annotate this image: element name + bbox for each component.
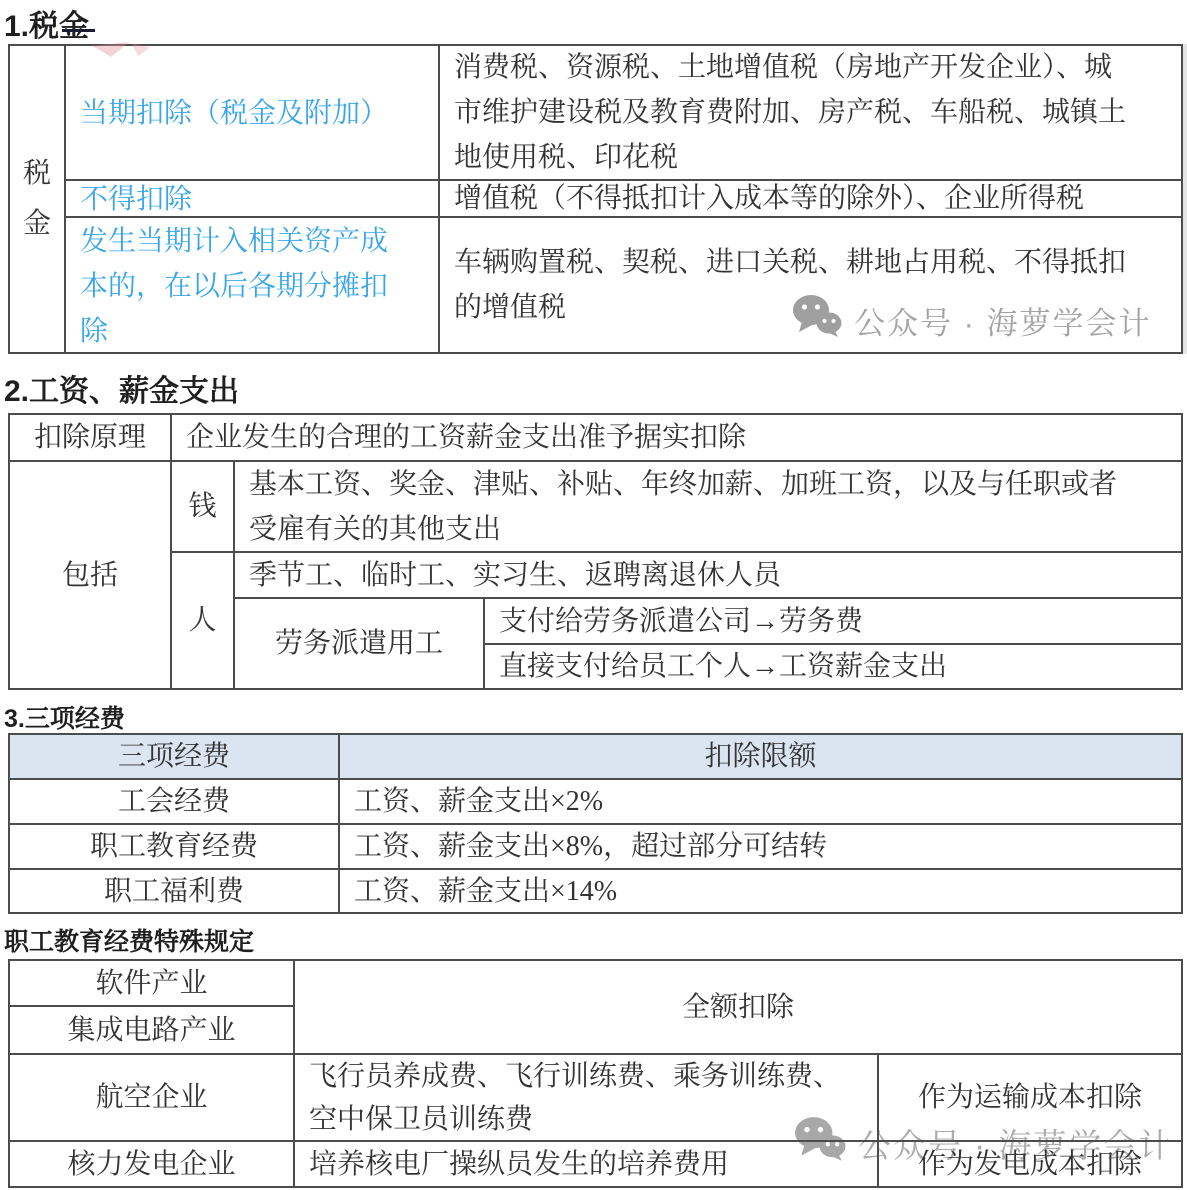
salary-principle-label: 扣除原理	[10, 415, 172, 462]
underline-mark	[62, 29, 95, 32]
funds-row-limit: 工资、薪金支出×14%	[340, 870, 1183, 914]
special-integrated-circuit: 集成电路产业	[10, 1007, 295, 1055]
salary-table: 扣除原理 企业发生的合理的工资薪金支出准予据实扣除 包括 钱 基本工资、奖金、津…	[8, 413, 1183, 690]
tax-table-rowhead: 税金	[10, 46, 66, 354]
funds-header-limit: 扣除限额	[340, 735, 1183, 780]
salary-include-label: 包括	[10, 462, 172, 690]
special-aviation-content: 飞行员养成费、飞行训练费、乘务训练费、空中保卫员训练费	[295, 1055, 879, 1142]
funds-row-name: 职工福利费	[10, 870, 340, 914]
salary-money-content: 基本工资、奖金、津贴、补贴、年终加薪、加班工资，以及与任职或者受雇有关的其他支出	[235, 462, 1183, 553]
special-aviation: 航空企业	[10, 1055, 295, 1142]
special-nuclear-content: 培养核电厂操纵员发生的培养费用	[295, 1142, 879, 1188]
section-heading-salary: 2.工资、薪金支出	[4, 366, 239, 410]
special-software: 软件产业	[10, 961, 295, 1007]
tax-row-label: 当期扣除（税金及附加）	[66, 46, 440, 181]
special-nuclear-result: 作为发电成本扣除	[879, 1142, 1183, 1188]
section-heading-funds: 3.三项经费	[4, 699, 125, 735]
special-nuclear: 核力发电企业	[10, 1142, 295, 1188]
tax-row-label: 不得扣除	[66, 181, 440, 218]
salary-people-label: 人	[172, 553, 235, 690]
salary-dispatch-label: 劳务派遣用工	[235, 599, 485, 690]
section-heading-special: 职工教育经费特殊规定	[4, 922, 254, 958]
funds-table: 三项经费 扣除限额 工会经费 工资、薪金支出×2% 职工教育经费 工资、薪金支出…	[8, 733, 1183, 914]
special-full-deduction: 全额扣除	[295, 961, 1183, 1055]
funds-row-limit: 工资、薪金支出×8%，超过部分可结转	[340, 825, 1183, 870]
funds-row-name: 工会经费	[10, 780, 340, 825]
funds-header-name: 三项经费	[10, 735, 340, 780]
tax-row-content: 车辆购置税、契税、进口关税、耕地占用税、不得抵扣的增值税	[440, 218, 1183, 354]
salary-dispatch-company: 支付给劳务派遣公司→劳务费	[485, 599, 1183, 645]
document-page: 公众号 · 海萝学会计 公众号 · 海萝学会计 1.税金 2.工资、薪金支出 3…	[0, 0, 1187, 1190]
salary-dispatch-employee: 直接支付给员工个人→工资薪金支出	[485, 645, 1183, 690]
funds-row-name: 职工教育经费	[10, 825, 340, 870]
tax-row-label: 发生当期计入相关资产成本的，在以后各期分摊扣除	[66, 218, 440, 354]
salary-principle-content: 企业发生的合理的工资薪金支出准予据实扣除	[172, 415, 1183, 462]
special-aviation-result: 作为运输成本扣除	[879, 1055, 1183, 1142]
special-rules-table: 软件产业 集成电路产业 全额扣除 航空企业 飞行员养成费、飞行训练费、乘务训练费…	[8, 959, 1183, 1188]
salary-people-content: 季节工、临时工、实习生、返聘离退休人员	[235, 553, 1183, 599]
tax-row-content: 消费税、资源税、土地增值税（房地产开发企业）、城市维护建设税及教育费附加、房产税…	[440, 46, 1183, 181]
salary-money-label: 钱	[172, 462, 235, 553]
section-heading-tax: 1.税金	[4, 1, 89, 45]
tax-table: 税金 当期扣除（税金及附加） 消费税、资源税、土地增值税（房地产开发企业）、城市…	[8, 44, 1183, 354]
funds-row-limit: 工资、薪金支出×2%	[340, 780, 1183, 825]
tax-row-content: 增值税（不得抵扣计入成本等的除外）、企业所得税	[440, 181, 1183, 218]
